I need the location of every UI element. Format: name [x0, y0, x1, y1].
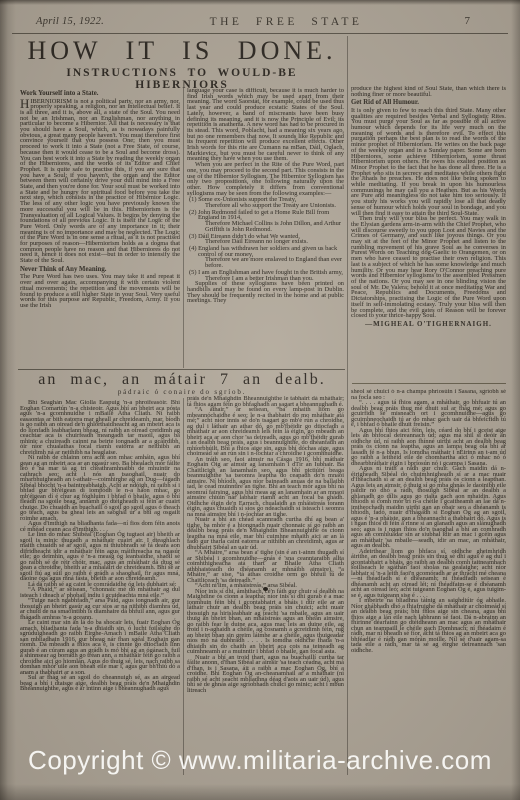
paragraph: Ní raibh de chlainn orra acht aon mhac a…: [20, 455, 180, 521]
syllogism-number: (5): [189, 269, 196, 276]
newspaper-page: April 15, 1922. THE FREE STATE 7 HOW IT …: [0, 0, 520, 800]
paragraph: language your case is difficult, because…: [187, 88, 344, 162]
syllogism-item: (3) Dáil Eireann didn't do what We wante…: [187, 234, 344, 245]
irish-column-3: sheol sé chuici ó n-a champa phríosúin i…: [351, 389, 506, 774]
column-rule: [183, 398, 184, 775]
column-rule: [183, 88, 184, 368]
paragraph: “A Mháire,” arsa bean a' tighe (sin é an…: [187, 550, 344, 583]
paragraph: Sul ar fhág sé an sgoil do cheannuigh sé…: [20, 675, 180, 692]
page-number: 7: [465, 15, 471, 27]
header-rule: [12, 33, 508, 34]
paragraph: Agus ní tráth a rádh gur chuir. Gach mai…: [351, 466, 506, 549]
english-column-2: language your case is difficult, because…: [187, 88, 344, 372]
drop-cap: H: [20, 99, 30, 110]
syllogism-item: (1) Some ex-Unionists support the Treaty…: [187, 197, 344, 208]
syllogism-number: (2): [189, 209, 196, 216]
irish-column-2: práis de'n Mhaighdin Bheannuighthe le ta…: [187, 396, 344, 774]
paragraph: “A athair,” ar seisean, “ba mhaith liom …: [187, 407, 344, 457]
paragraph: It is only given to few to reach this th…: [351, 108, 506, 216]
english-column-3: produce the highest kind of Soul State, …: [351, 86, 506, 386]
paragraph: Níor inis sí dhi, ámhthach, cé'n fáth gu…: [187, 589, 344, 655]
paragraph: produce the highest kind of Soul State, …: [351, 86, 506, 97]
irish-article-header: an mac, an mátair 7 an dealb. pádraic ó …: [18, 371, 346, 396]
masthead-title: THE FREE STATE: [36, 16, 506, 28]
page-header: April 15, 1922. THE FREE STATE 7: [36, 14, 506, 32]
paragraph: I mbeirte na bliadhna táinig an saighdiú…: [351, 598, 506, 653]
syllogism-conclusion: Therefore Michael Collins is John Dillon…: [198, 221, 344, 232]
paragraph: An tráth seo, faoi aimsir na Cásga 1916,…: [187, 457, 344, 518]
irish-column-1: Bhí Seaghán Mac Giolla Easpuig 'n-a phro…: [20, 400, 180, 772]
column-rule: [347, 36, 348, 775]
paragraph: HIBERNIORISM is not a political party, n…: [20, 99, 180, 264]
paragraph-text: IBERNIORISM is not a political party, no…: [20, 98, 180, 265]
paragraph: “. . . . agus tá fhios agam, a mháthair,…: [351, 400, 506, 428]
column-subhead: Get Rid of All Humour.: [351, 99, 506, 107]
paragraph: Le linn do mhac Shibéal (Eoghan Óg tugta…: [20, 532, 180, 582]
column-subhead: Work Yourself into a State.: [20, 90, 180, 98]
ink-blemish: [263, 587, 268, 591]
paragraph: Nuair a bhí an chéad scannradh curtha dh…: [187, 517, 344, 550]
signature-divider-rule: [352, 383, 506, 384]
english-column-1: Work Yourself into a State. HIBERNIORISM…: [20, 88, 180, 372]
paragraph: Adeirthear liom go bhfaca sí, oidhche gh…: [351, 549, 506, 599]
copyright-watermark: Copyright © www.militaria-archive.com: [0, 745, 520, 776]
syllogism-conclusion: Therefore we are more enslaved to Englan…: [198, 257, 344, 268]
irish-byline: pádraic ó conaire do sgríob.: [18, 388, 346, 396]
english-article-header: HOW IT IS DONE. INSTRUCTIONS TO WOULD-BE…: [18, 37, 346, 91]
paragraph: Bhí Seaghán Mac Giolla Easpuig 'n-a phro…: [20, 400, 180, 455]
irish-headline: an mac, an mátair 7 an dealb.: [18, 371, 346, 388]
column-subhead: Never Think of Any Meaning.: [20, 266, 180, 274]
section-divider-rule: [18, 369, 345, 370]
article-headline: HOW IT IS DONE.: [18, 37, 346, 65]
syllogism-number: (4): [189, 245, 196, 252]
paragraph: Then truly will your bliss be perfect. Y…: [351, 216, 506, 319]
syllogism-item: (2) John Redmond failed to get a Home Ru…: [187, 210, 344, 233]
page-edge-right: [511, 0, 520, 800]
page-edge-left: [0, 0, 16, 800]
paragraph: When you are perfect in the Rite of the …: [187, 162, 344, 196]
paragraph: Nuair a bhí an troid thart, agus na buac…: [187, 655, 344, 694]
paragraph: “Tuige nach ngabhfadh,” arsa Páid, agus …: [20, 598, 180, 620]
syllogism-number: (1): [189, 196, 196, 203]
paragraph: Le caint mar sin an lá do ba shocair lei…: [20, 620, 180, 675]
page-edge-bottom: [0, 784, 520, 800]
paragraph: The Pure Word has two uses. You may take…: [20, 274, 180, 308]
paragraph: Agus bhí fhios aici féin, leis, céard do…: [351, 428, 506, 467]
author-signature: —MIGHEAL O'TIGHERNAIGH.: [351, 322, 506, 328]
syllogism-number: (3): [189, 233, 196, 240]
syllogism-item: (4) England has withdrawn her soldiers a…: [187, 246, 344, 269]
page-edge-top: [0, 0, 520, 5]
paragraph: Supplies of these syllogisms have been p…: [187, 281, 344, 304]
